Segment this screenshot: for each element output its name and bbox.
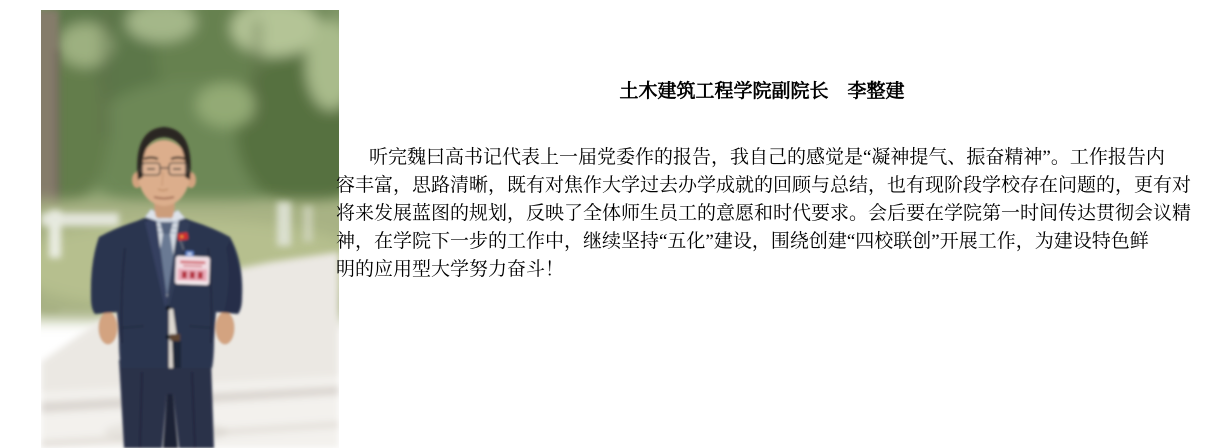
paragraph-line: 神，在学院下一步的工作中，继续坚持“五化”建设，围绕创建“四校联创”开展工作，为… [336, 228, 1188, 256]
portrait-photo-illustration [41, 10, 339, 448]
jacket-button [166, 335, 171, 340]
trousers [119, 360, 214, 448]
foliage-blobs [41, 10, 339, 220]
paragraph-line: 听完魏曰高书记代表上一届党委作的报告，我自己的感觉是“凝神提气、振奋精神”。工作… [336, 144, 1188, 172]
document-page: 土木建筑工程学院副院长 李整建 听完魏曰高书记代表上一届党委作的报告，我自己的感… [0, 0, 1222, 448]
jacket-button [166, 306, 171, 311]
article-paragraph: 听完魏曰高书记代表上一届党委作的报告，我自己的感觉是“凝神提气、振奋精神”。工作… [336, 144, 1188, 284]
paragraph-line: 将来发展蓝图的规划，反映了全体师生员工的意愿和时代要求。会后要在学院第一时间传达… [336, 200, 1188, 228]
paragraph-line: 容丰富，思路清晰，既有对焦作大学过去办学成就的回顾与总结，也有现阶段学校存在问题… [336, 172, 1188, 200]
paragraph-line: 明的应用型大学努力奋斗！ [336, 256, 1188, 284]
portrait-photo [41, 10, 339, 448]
belt [170, 334, 180, 341]
article-title: 土木建筑工程学院副院长 李整建 [336, 80, 1188, 104]
